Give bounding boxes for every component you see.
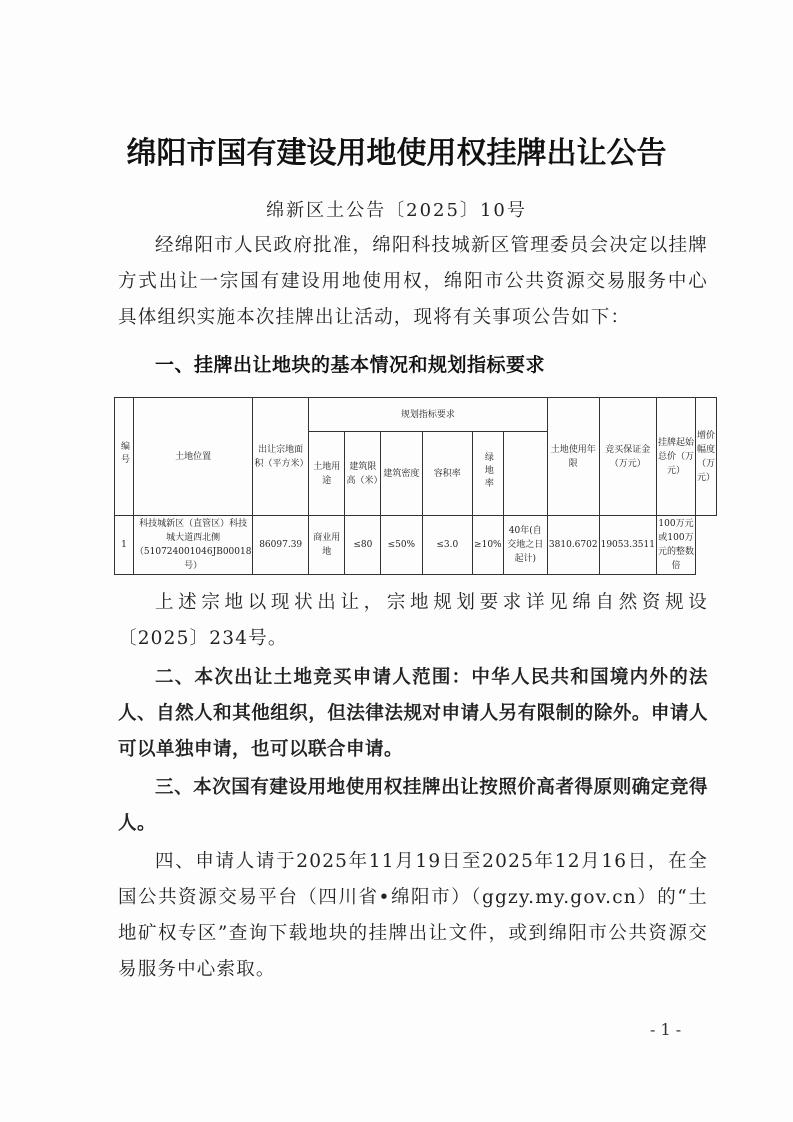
document-number: 绵新区土公告〔2025〕10号	[0, 196, 793, 222]
cell-start-price: 19053.3511	[599, 516, 656, 575]
header-increment: 增价幅度（万元）	[696, 398, 717, 516]
after-table-paragraph: 上述宗地以现状出让，宗地规划要求详见绵自然资规设〔2025〕234号。	[118, 585, 708, 657]
land-parcel-table: 编号 土地位置 出让宗地面积（平方米） 规划指标要求 土地使用年限 竞买保证金（…	[114, 397, 717, 575]
header-area: 出让宗地面积（平方米）	[253, 398, 308, 516]
header-green: 绿地率	[473, 432, 504, 516]
header-density: 建筑密度	[381, 432, 422, 516]
header-land-use: 土地用途	[308, 432, 345, 516]
cell-height: ≤80	[345, 516, 381, 575]
cell-no: 1	[115, 516, 134, 575]
cell-deposit: 3810.6702	[547, 516, 599, 575]
cell-land-use: 商业用地	[308, 516, 345, 575]
section2-paragraph: 二、本次出让土地竞买申请人范围：中华人民共和国境内外的法人、自然人和其他组织，但…	[118, 660, 708, 768]
cell-green: ≥10%	[473, 516, 504, 575]
cell-term: 40年(自交地之日起计)	[503, 516, 547, 575]
section1-heading: 一、挂牌出让地块的基本情况和规划指标要求	[155, 350, 545, 377]
intro-paragraph: 经绵阳市人民政府批准，绵阳科技城新区管理委员会决定以挂牌方式出让一宗国有建设用地…	[118, 228, 708, 336]
section3-paragraph: 三、本次国有建设用地使用权挂牌出让按照价高者得原则确定竞得人。	[118, 770, 708, 842]
header-start-price: 挂牌起始总价（万元）	[657, 398, 696, 516]
document-page: 绵阳市国有建设用地使用权挂牌出让公告 绵新区土公告〔2025〕10号 经绵阳市人…	[0, 0, 793, 1122]
document-title: 绵阳市国有建设用地使用权挂牌出让公告	[0, 128, 793, 172]
cell-far: ≤3.0	[422, 516, 473, 575]
table-header-row: 编号 土地位置 出让宗地面积（平方米） 规划指标要求 土地使用年限 竞买保证金（…	[115, 398, 717, 432]
header-far: 容积率	[422, 432, 473, 516]
header-height: 建筑限高（米）	[345, 432, 381, 516]
cell-area: 86097.39	[253, 516, 308, 575]
cell-density: ≤50%	[381, 516, 422, 575]
cell-increment: 100万元或100万元的整数倍	[657, 516, 696, 575]
header-deposit: 竞买保证金（万元）	[599, 398, 656, 516]
cell-location: 科技城新区（直管区）科技城大道西北侧（510724001046JB00018号）	[133, 516, 253, 575]
header-location: 土地位置	[133, 398, 253, 516]
header-planning-group: 规划指标要求	[308, 398, 547, 432]
header-term: 土地使用年限	[547, 398, 599, 516]
table-row: 1 科技城新区（直管区）科技城大道西北侧（510724001046JB00018…	[115, 516, 717, 575]
header-no: 编号	[115, 398, 134, 516]
page-number: - 1 -	[650, 1020, 681, 1039]
section4-paragraph: 四、申请人请于2025年11月19日至2025年12月16日，在全国公共资源交易…	[118, 844, 708, 988]
